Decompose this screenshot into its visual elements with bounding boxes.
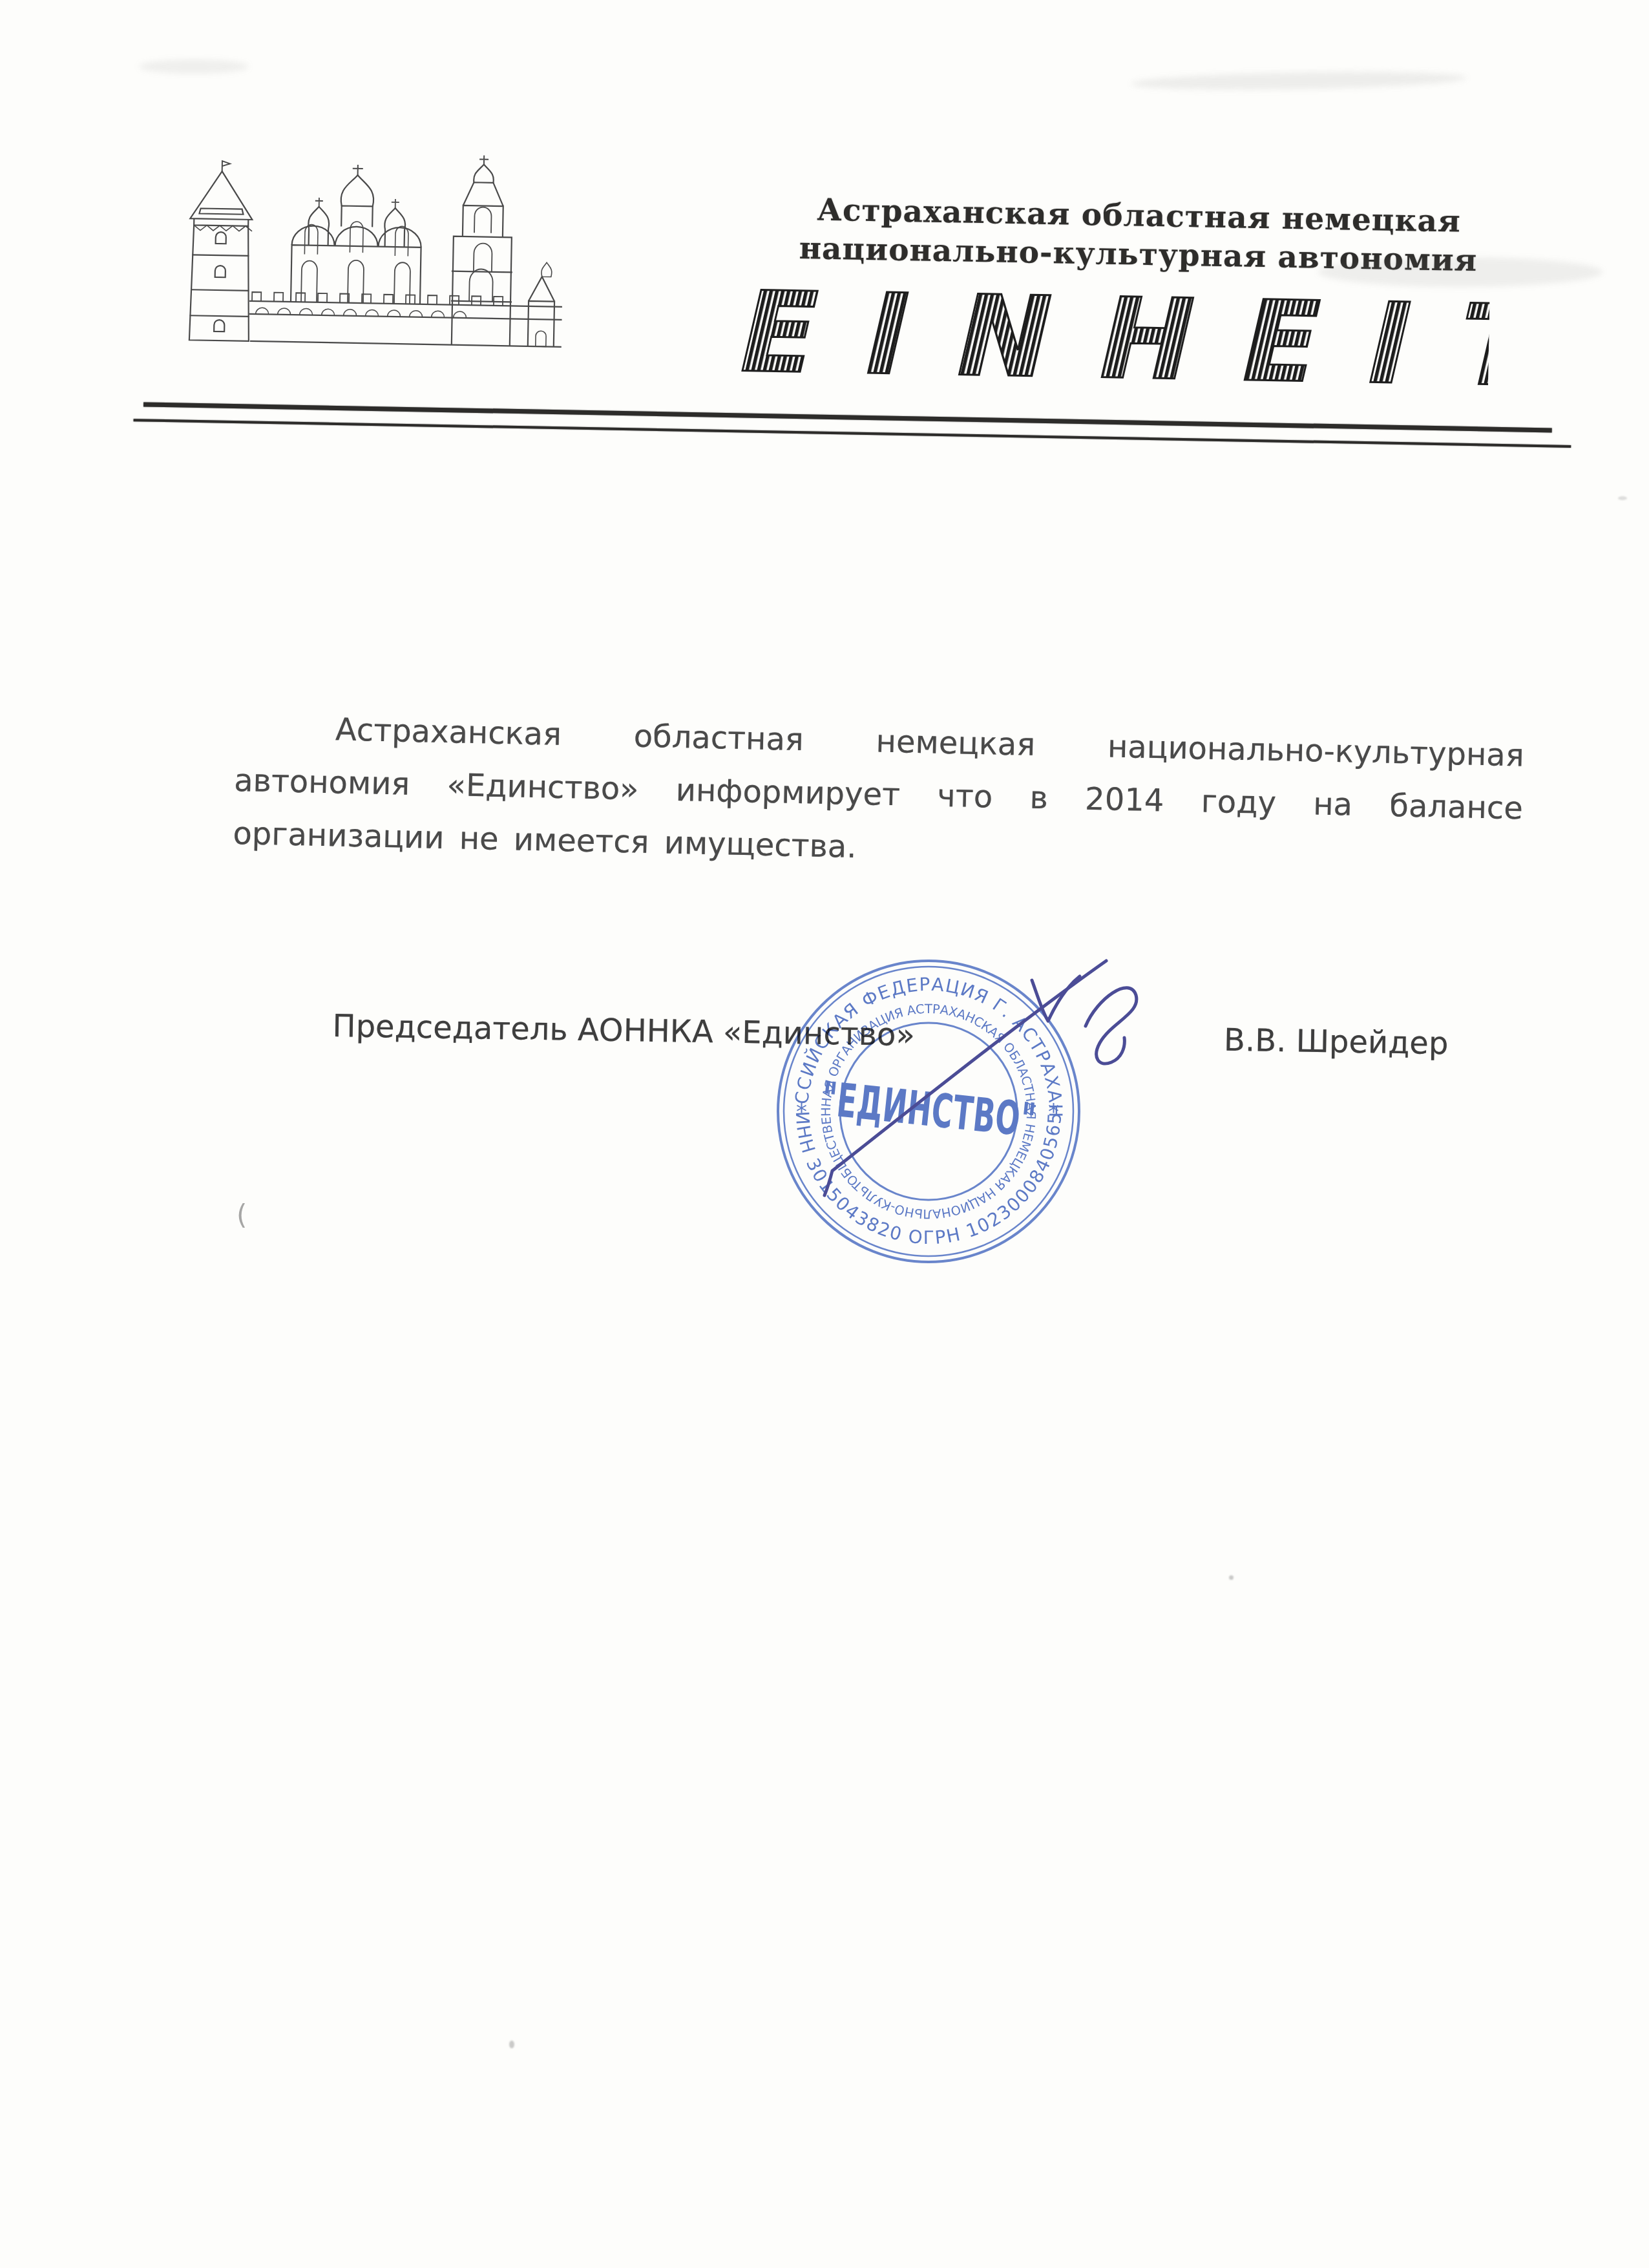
brand-word: EINHEIT [726,273,1490,410]
stamp-left-star: * [796,1099,807,1125]
kremlin-right-turret [528,262,555,347]
signer-name: В.В. Шрейдер [1224,1022,1525,1063]
scanned-letter-page: Астраханская областная немецкая национал… [0,0,1649,2268]
kremlin-wall [249,292,562,347]
round-stamp: РОССИЙСКАЯ ФЕДЕРАЦИЯ Г. АСТРАХАНЬ ИНН 30… [698,911,1241,1325]
body-paragraph: Астраханская областная немецкая национал… [233,701,1525,888]
brand-wordmark: EINHEIT [719,273,1489,410]
scan-smudge [1318,257,1602,287]
scan-speck [509,2041,514,2048]
letterhead: Астраханская областная немецкая национал… [133,138,1605,476]
stamp-right-star: * [1048,1099,1059,1125]
kremlin-cathedral [291,163,423,304]
scan-speck [1618,496,1627,500]
kremlin-logo [173,144,578,368]
kremlin-left-tower [188,160,253,341]
scan-smudge [1131,69,1467,92]
stamp-inner-ring-text: ОБЩЕСТВЕННАЯ ОРГАНИЗАЦИЯ АСТРАХАНСКАЯ ОБ… [698,911,1038,1221]
svg-text:ОБЩЕСТВЕННАЯ ОРГАНИЗАЦИЯ АСТРА: ОБЩЕСТВЕННАЯ ОРГАНИЗАЦИЯ АСТРАХАНСКАЯ ОБ… [698,911,1038,1221]
stamp-center-word: "ЕДИНСТВО" [819,1072,1038,1148]
scan-smudge [139,59,249,74]
scan-speck [1229,1575,1234,1580]
scan-paren-mark: ( [236,1199,247,1231]
header-rule-bottom [134,419,1571,448]
